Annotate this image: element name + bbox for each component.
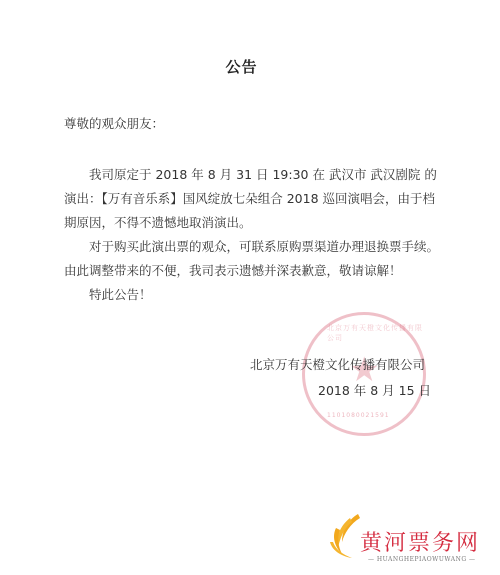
announcement-date: 2018 年 8 月 15 日 bbox=[318, 381, 431, 399]
watermark-title: 黄河票务网 bbox=[360, 526, 480, 557]
paragraph-refund: 对于购买此演出票的观众，可联系原购票渠道办理退换票手续。 由此调整带来的不便，我… bbox=[64, 235, 424, 283]
salutation: 尊敬的观众朋友： bbox=[64, 114, 164, 132]
stamp-arc-text: 北京万有天橙文化传播有限公司 bbox=[327, 323, 423, 343]
text-line: 对于购买此演出票的观众，可联系原购票渠道办理退换票手续。 bbox=[64, 235, 424, 259]
company-signature: 北京万有天橙文化传播有限公司 bbox=[250, 355, 425, 373]
document-title: 公告 bbox=[0, 56, 483, 77]
text-line: 特此公告！ bbox=[64, 283, 424, 307]
announcement-page: 公告 尊敬的观众朋友： 我司原定于 2018 年 8 月 31 日 19:30 … bbox=[0, 0, 500, 575]
paragraph-closing: 特此公告！ bbox=[64, 283, 424, 307]
text-line: 演出：【万有音乐系】国风绽放七朵组合 2018 巡回演唱会，由于档 bbox=[64, 187, 424, 211]
company-seal-stamp: 北京万有天橙文化传播有限公司 ★ 1101080021591 bbox=[302, 312, 426, 436]
watermark-pinyin: — HUANGHEPIAOWUWANG — bbox=[368, 556, 476, 563]
watermark-logo: 黄河票务网 — HUANGHEPIAOWUWANG — bbox=[328, 512, 500, 572]
paragraph-cancellation: 我司原定于 2018 年 8 月 31 日 19:30 在 武汉市 武汉剧院 的… bbox=[64, 163, 424, 235]
stamp-code: 1101080021591 bbox=[327, 412, 390, 419]
text-line: 由此调整带来的不便，我司表示遗憾并深表歉意，敬请谅解！ bbox=[64, 259, 424, 283]
text-line: 期原因，不得不遗憾地取消演出。 bbox=[64, 211, 424, 235]
text-line: 我司原定于 2018 年 8 月 31 日 19:30 在 武汉市 武汉剧院 的 bbox=[64, 163, 424, 187]
